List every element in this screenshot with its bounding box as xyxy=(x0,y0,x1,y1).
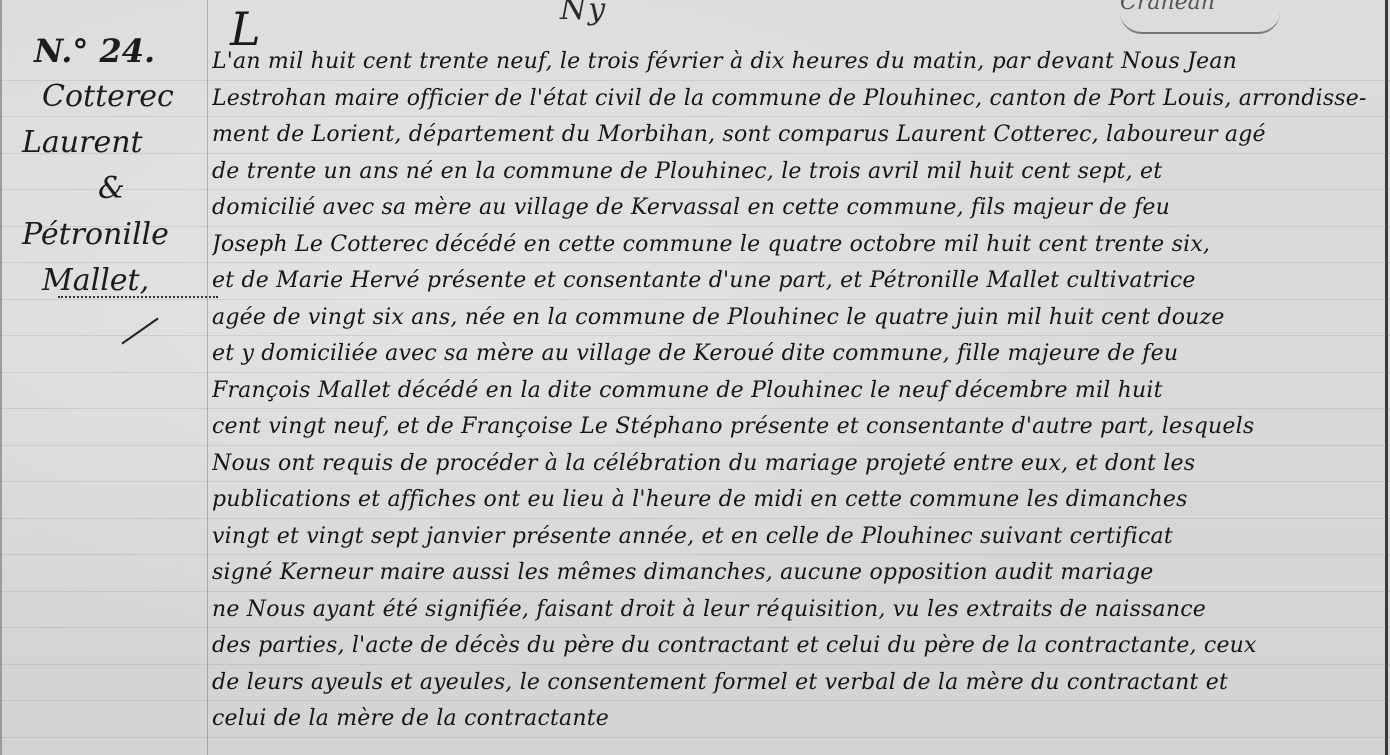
text-line: de leurs ayeuls et ayeules, le consentem… xyxy=(212,665,1382,702)
flourish-decoration xyxy=(1120,12,1280,34)
text-line: de trente un ans né en la commune de Plo… xyxy=(212,154,1382,191)
margin-rule xyxy=(207,0,208,755)
bride-forename: Pétronille xyxy=(22,212,203,258)
text-line: ne Nous ayant été signifiée, faisant dro… xyxy=(212,592,1382,629)
text-line: signé Kerneur maire aussi les mêmes dima… xyxy=(212,555,1382,592)
register-page: Ny Cranéan L N.° 24. Cotterec Laurent & … xyxy=(0,0,1390,755)
groom-surname: Cotterec xyxy=(42,74,203,120)
entry-number: N.° 24. xyxy=(34,28,203,74)
text-line: publications et affiches ont eu lieu à l… xyxy=(212,482,1382,519)
text-line: François Mallet décédé en la dite commun… xyxy=(212,373,1382,410)
text-line: vingt et vingt sept janvier présente ann… xyxy=(212,519,1382,556)
text-line: des parties, l'acte de décès du père du … xyxy=(212,628,1382,665)
text-line: Joseph Le Cotterec décédé en cette commu… xyxy=(212,227,1382,264)
text-line: L'an mil huit cent trente neuf, le trois… xyxy=(212,44,1382,81)
text-line: et de Marie Hervé présente et consentant… xyxy=(212,263,1382,300)
text-line: Nous ont requis de procéder à la célébra… xyxy=(212,446,1382,483)
ampersand: & xyxy=(98,166,203,212)
header-fragment: Ny xyxy=(560,0,607,27)
text-line: Lestrohan maire officier de l'état civil… xyxy=(212,81,1382,118)
page-left-edge xyxy=(0,0,2,755)
marriage-act-text: L'an mil huit cent trente neuf, le trois… xyxy=(212,44,1382,738)
text-line: et y domiciliée avec sa mère au village … xyxy=(212,336,1382,373)
margin-slash-mark xyxy=(121,318,158,345)
groom-forename: Laurent xyxy=(22,120,203,166)
text-line: celui de la mère de la contractante xyxy=(212,701,1382,738)
margin-annotation: N.° 24. Cotterec Laurent & Pétronille Ma… xyxy=(18,28,203,298)
text-line: cent vingt neuf, et de Françoise Le Stép… xyxy=(212,409,1382,446)
text-line: ment de Lorient, département du Morbihan… xyxy=(212,117,1382,154)
page-binding-edge xyxy=(1385,0,1388,755)
text-line: domicilié avec sa mère au village de Ker… xyxy=(212,190,1382,227)
text-line: agée de vingt six ans, née en la commune… xyxy=(212,300,1382,337)
